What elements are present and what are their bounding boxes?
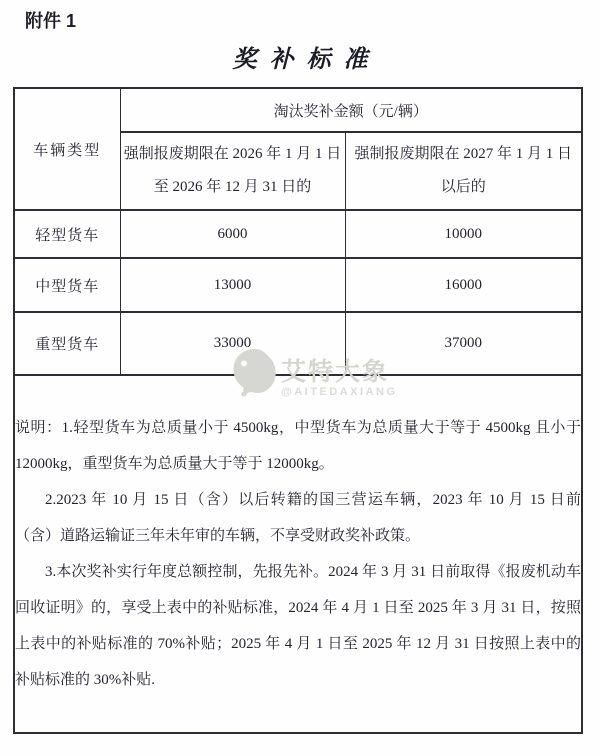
amount-medium-2026: 13000 — [120, 258, 345, 312]
period-2027-header: 强制报废期限在 2027 年 1 月 1 日 以后的 — [345, 132, 582, 210]
amount-group-header: 淘汰奖补金额（元/辆） — [120, 88, 582, 132]
amount-light-2026: 6000 — [120, 210, 345, 258]
note-paragraph-3: 3.本次奖补实行年度总额控制，先报先补。2024 年 3 月 31 日前取得《报… — [15, 554, 581, 698]
subsidy-table: 车辆类型 淘汰奖补金额（元/辆） 强制报废期限在 2026 年 1 月 1 日至… — [13, 87, 583, 734]
amount-heavy-2027: 37000 — [345, 312, 582, 375]
vehicle-type-header: 车辆类型 — [14, 88, 120, 210]
amount-light-2027: 10000 — [345, 210, 582, 258]
vehicle-type-heavy: 重型货车 — [14, 312, 120, 375]
amount-medium-2027: 16000 — [345, 258, 582, 312]
note-paragraph-2: 2.2023 年 10 月 15 日（含）以后转籍的国三营运车辆，2023 年 … — [15, 482, 581, 554]
notes-section: 说明：1.轻型货车为总质量小于 4500kg，中型货车为总质量大于等于 4500… — [14, 375, 582, 733]
table-row-medium-truck: 中型货车 13000 16000 — [14, 258, 582, 312]
period-2026-header: 强制报废期限在 2026 年 1 月 1 日至 2026 年 12 月 31 日… — [120, 132, 345, 210]
table-row-light-truck: 轻型货车 6000 10000 — [14, 210, 582, 258]
note-paragraph-1: 说明：1.轻型货车为总质量小于 4500kg，中型货车为总质量大于等于 4500… — [15, 410, 581, 482]
document-page: 附件 1 奖补标准 车辆类型 淘汰奖补金额（元/辆） 强制报废期限在 2026 … — [0, 0, 600, 756]
table-row-heavy-truck: 重型货车 33000 37000 — [14, 312, 582, 375]
page-title: 奖补标准 — [0, 39, 600, 74]
table-row-notes: 说明：1.轻型货车为总质量小于 4500kg，中型货车为总质量大于等于 4500… — [14, 375, 582, 733]
vehicle-type-medium: 中型货车 — [14, 258, 120, 312]
vehicle-type-light: 轻型货车 — [14, 210, 120, 258]
table-header-row-1: 车辆类型 淘汰奖补金额（元/辆） — [14, 88, 582, 132]
amount-heavy-2026: 33000 — [120, 312, 345, 375]
attachment-label: 附件 1 — [25, 7, 76, 33]
